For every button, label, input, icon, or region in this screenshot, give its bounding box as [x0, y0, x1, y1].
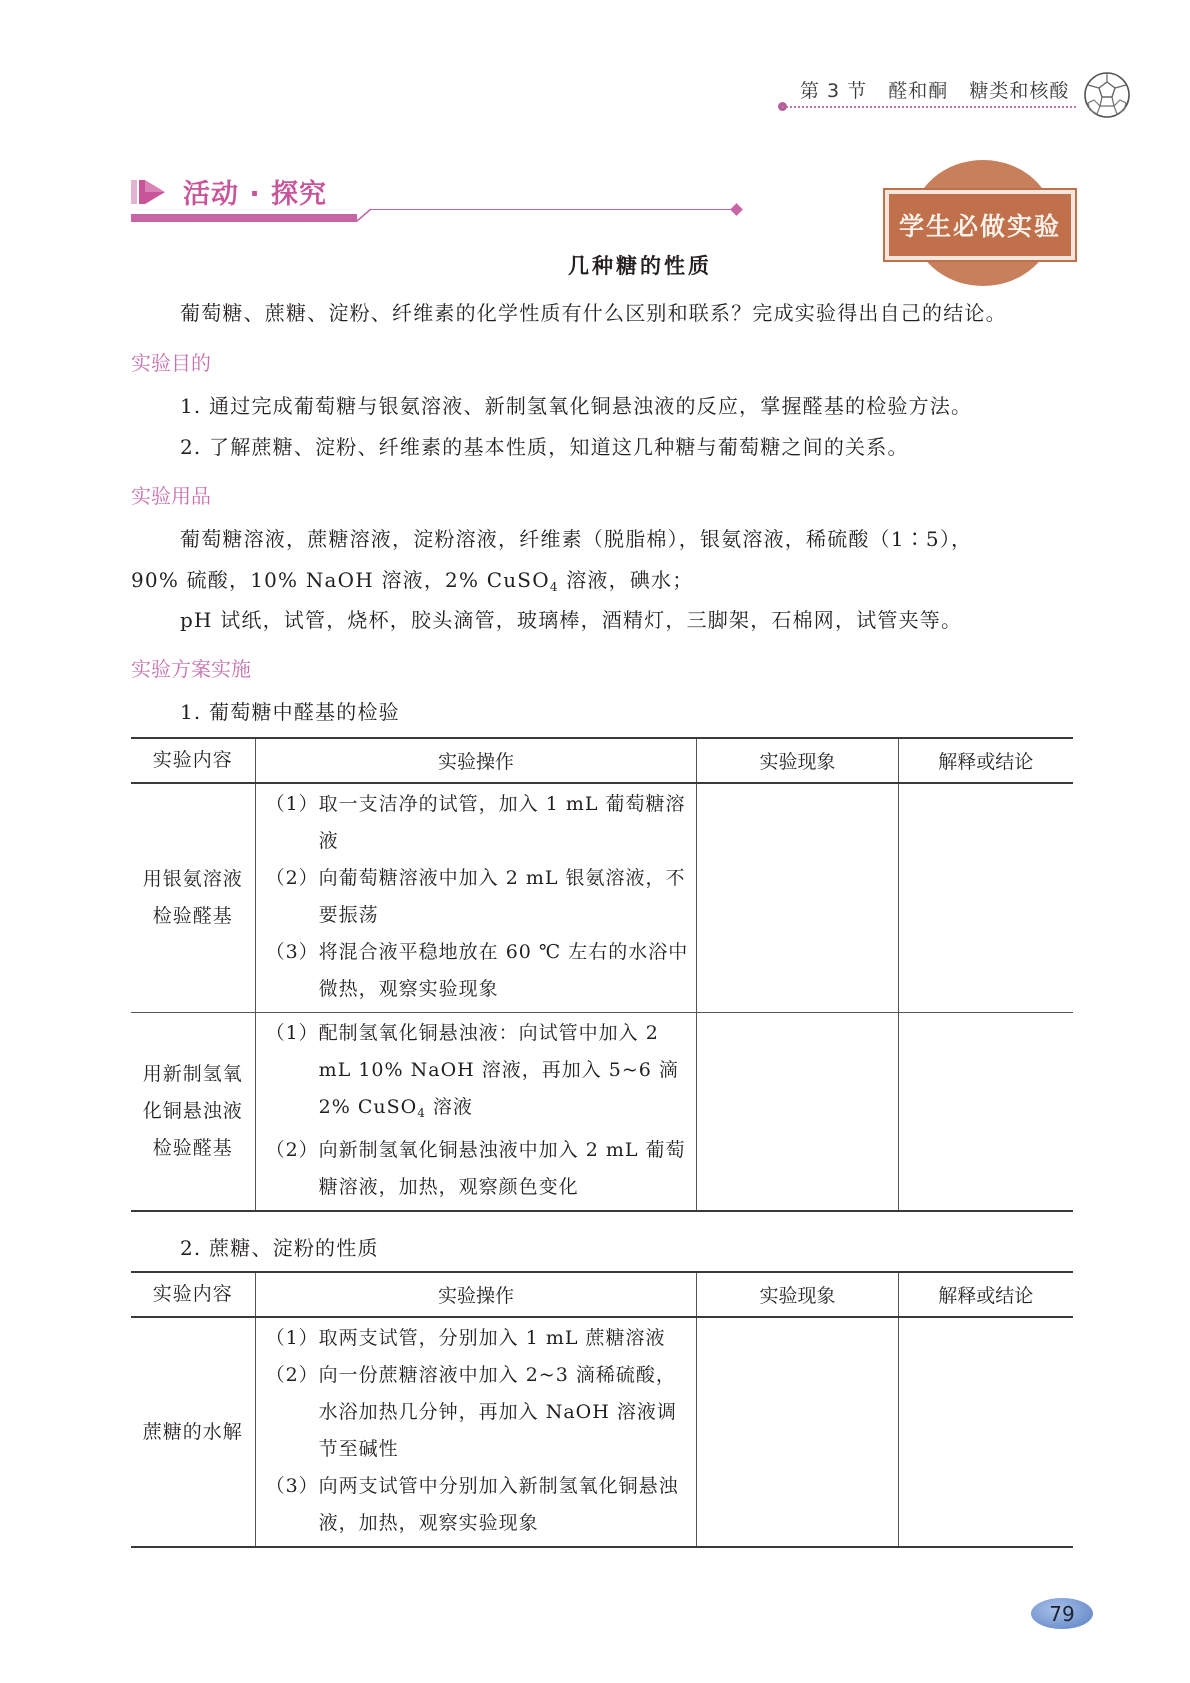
step-text: 向一份蔗糖溶液中加入 2~3 滴稀硫酸，水浴加热几分钟，再加入 NaOH 溶液调… [319, 1357, 697, 1468]
materials-line-3: pH 试纸，试管，烧杯，胶头滴管，玻璃棒，酒精灯，三脚架，石棉网，试管夹等。 [180, 604, 962, 633]
step-text: 向葡萄糖溶液中加入 2 mL 银氨溶液，不要振荡 [319, 860, 697, 934]
purpose-item-1: 1. 通过完成葡萄糖与银氨溶液、新制氢氧化铜悬浊液的反应，掌握醛基的检验方法。 [180, 390, 972, 419]
step-text: 取一支洁净的试管，加入 1 mL 葡萄糖溶液 [319, 786, 697, 860]
step-item: （3）向两支试管中分别加入新制氢氧化铜悬浊液，加热，观察实验现象 [256, 1468, 697, 1542]
content-line: 用银氨溶液 [131, 861, 255, 898]
step-text: 向新制氢氧化铜悬浊液中加入 2 mL 葡萄糖溶液，加热，观察颜色变化 [319, 1132, 697, 1206]
step-number: （2） [266, 1357, 319, 1468]
purpose-item-2: 2. 了解蔗糖、淀粉、纤维素的基本性质，知道这几种糖与葡萄糖之间的关系。 [180, 431, 909, 460]
col-header-conclusion: 解释或结论 [898, 1272, 1073, 1317]
materials-line-2: 90% 硫酸，10% NaOH 溶液，2% CuSO4 溶液，碘水； [131, 564, 693, 594]
conclusion-cell-blank[interactable] [898, 1317, 1073, 1547]
subscript: 4 [550, 580, 559, 594]
step-text: 取两支试管，分别加入 1 mL 蔗糖溶液 [319, 1320, 697, 1357]
content-line: 检验醛基 [131, 1130, 255, 1167]
experiment-table-sucrose-starch: 实验内容 实验操作 实验现象 解释或结论 蔗糖的水解 （1）取两支试管，分别加入… [131, 1271, 1073, 1548]
step-text: 配制氢氧化铜悬浊液：向试管中加入 2 mL 10% NaOH 溶液，再加入 5~… [319, 1015, 697, 1132]
step-number: （1） [266, 1015, 319, 1132]
operation-cell: （1）配制氢氧化铜悬浊液：向试管中加入 2 mL 10% NaOH 溶液，再加入… [255, 1013, 697, 1212]
procedure-part-1-title: 1. 葡萄糖中醛基的检验 [180, 696, 400, 725]
page-number: 79 [1049, 1602, 1074, 1626]
section-heading-purpose: 实验目的 [131, 347, 211, 376]
fullerene-icon [1082, 70, 1132, 120]
content-line: 检验醛基 [131, 898, 255, 935]
section-heading-materials: 实验用品 [131, 480, 211, 509]
materials-line-2-text-end: 溶液，碘水； [559, 568, 694, 592]
content-line: 化铜悬浊液 [131, 1093, 255, 1130]
col-header-content: 实验内容 [131, 1272, 255, 1317]
page-number-badge: 79 [1031, 1598, 1093, 1629]
banner-diamond-end [730, 203, 743, 216]
conclusion-cell-blank[interactable] [898, 1013, 1073, 1212]
table-header-row: 实验内容 实验操作 实验现象 解释或结论 [131, 738, 1073, 783]
table-header-row: 实验内容 实验操作 实验现象 解释或结论 [131, 1272, 1073, 1317]
phenomenon-cell-blank[interactable] [697, 1013, 898, 1212]
step-item: （2）向葡萄糖溶液中加入 2 mL 银氨溶液，不要振荡 [256, 860, 697, 934]
step-item: （1）配制氢氧化铜悬浊液：向试管中加入 2 mL 10% NaOH 溶液，再加入… [256, 1015, 697, 1132]
play-arrow-icon [131, 176, 167, 208]
col-header-content: 实验内容 [131, 738, 255, 783]
step-item: （1）取一支洁净的试管，加入 1 mL 葡萄糖溶液 [256, 786, 697, 860]
step-number: （3） [266, 1468, 319, 1542]
col-header-conclusion: 解释或结论 [898, 738, 1073, 783]
stamp-text: 学生必做实验 [899, 207, 1061, 243]
step-number: （3） [266, 934, 319, 1008]
banner-slant-connector [355, 208, 373, 222]
conclusion-cell-blank[interactable] [898, 783, 1073, 1013]
experiment-content-cell: 蔗糖的水解 [131, 1317, 255, 1547]
step-item: （2）向新制氢氧化铜悬浊液中加入 2 mL 葡萄糖溶液，加热，观察颜色变化 [256, 1132, 697, 1206]
experiment-content-cell: 用新制氢氧 化铜悬浊液 检验醛基 [131, 1013, 255, 1212]
materials-line-2-text: 90% 硫酸，10% NaOH 溶液，2% CuSO [131, 568, 550, 592]
banner-rule-line [370, 209, 740, 210]
intro-paragraph: 葡萄糖、蔗糖、淀粉、纤维素的化学性质有什么区别和联系？完成实验得出自己的结论。 [180, 297, 1007, 326]
step-text-part: 溶液 [426, 1096, 473, 1118]
phenomenon-cell-blank[interactable] [697, 783, 898, 1013]
materials-line-1: 葡萄糖溶液，蔗糖溶液，淀粉溶液，纤维素（脱脂棉），银氨溶液，稀硫酸（1∶5）， [180, 523, 972, 552]
experiment-content-cell: 用银氨溶液 检验醛基 [131, 783, 255, 1013]
step-text-part: 配制氢氧化铜悬浊液：向试管中加入 2 mL 10% NaOH 溶液，再加入 5~… [319, 1022, 679, 1118]
step-item: （2）向一份蔗糖溶液中加入 2~3 滴稀硫酸，水浴加热几分钟，再加入 NaOH … [256, 1357, 697, 1468]
header-dotted-rule [782, 106, 1076, 108]
table-row: 蔗糖的水解 （1）取两支试管，分别加入 1 mL 蔗糖溶液 （2）向一份蔗糖溶液… [131, 1317, 1073, 1547]
operation-cell: （1）取两支试管，分别加入 1 mL 蔗糖溶液 （2）向一份蔗糖溶液中加入 2~… [255, 1317, 697, 1547]
phenomenon-cell-blank[interactable] [697, 1317, 898, 1547]
step-text: 将混合液平稳地放在 60 ℃ 左右的水浴中微热，观察实验现象 [319, 934, 697, 1008]
col-header-phenomenon: 实验现象 [697, 738, 898, 783]
col-header-operation: 实验操作 [255, 1272, 697, 1317]
activity-banner-title: 活动 · 探究 [183, 172, 327, 211]
step-number: （1） [266, 786, 319, 860]
table-row: 用新制氢氧 化铜悬浊液 检验醛基 （1）配制氢氧化铜悬浊液：向试管中加入 2 m… [131, 1013, 1073, 1212]
step-number: （2） [266, 1132, 319, 1206]
operation-cell: （1）取一支洁净的试管，加入 1 mL 葡萄糖溶液 （2）向葡萄糖溶液中加入 2… [255, 783, 697, 1013]
col-header-operation: 实验操作 [255, 738, 697, 783]
step-number: （1） [266, 1320, 319, 1357]
table-row: 用银氨溶液 检验醛基 （1）取一支洁净的试管，加入 1 mL 葡萄糖溶液 （2）… [131, 783, 1073, 1013]
experiment-table-aldehyde-test: 实验内容 实验操作 实验现象 解释或结论 用银氨溶液 检验醛基 （1）取一支洁净… [131, 737, 1073, 1212]
step-number: （2） [266, 860, 319, 934]
step-item: （1）取两支试管，分别加入 1 mL 蔗糖溶液 [256, 1320, 697, 1357]
running-header: 第 3 节 醛和酮 糖类和核酸 [800, 76, 1069, 103]
procedure-part-2-title: 2. 蔗糖、淀粉的性质 [180, 1232, 379, 1261]
step-item: （3）将混合液平稳地放在 60 ℃ 左右的水浴中微热，观察实验现象 [256, 934, 697, 1008]
col-header-phenomenon: 实验现象 [697, 1272, 898, 1317]
section-heading-procedure: 实验方案实施 [131, 653, 251, 682]
step-text: 向两支试管中分别加入新制氢氧化铜悬浊液，加热，观察实验现象 [319, 1468, 697, 1542]
document-title: 几种糖的性质 [0, 250, 1190, 280]
content-line: 用新制氢氧 [131, 1056, 255, 1093]
subscript: 4 [417, 1106, 426, 1120]
banner-underline-bar [131, 214, 357, 222]
